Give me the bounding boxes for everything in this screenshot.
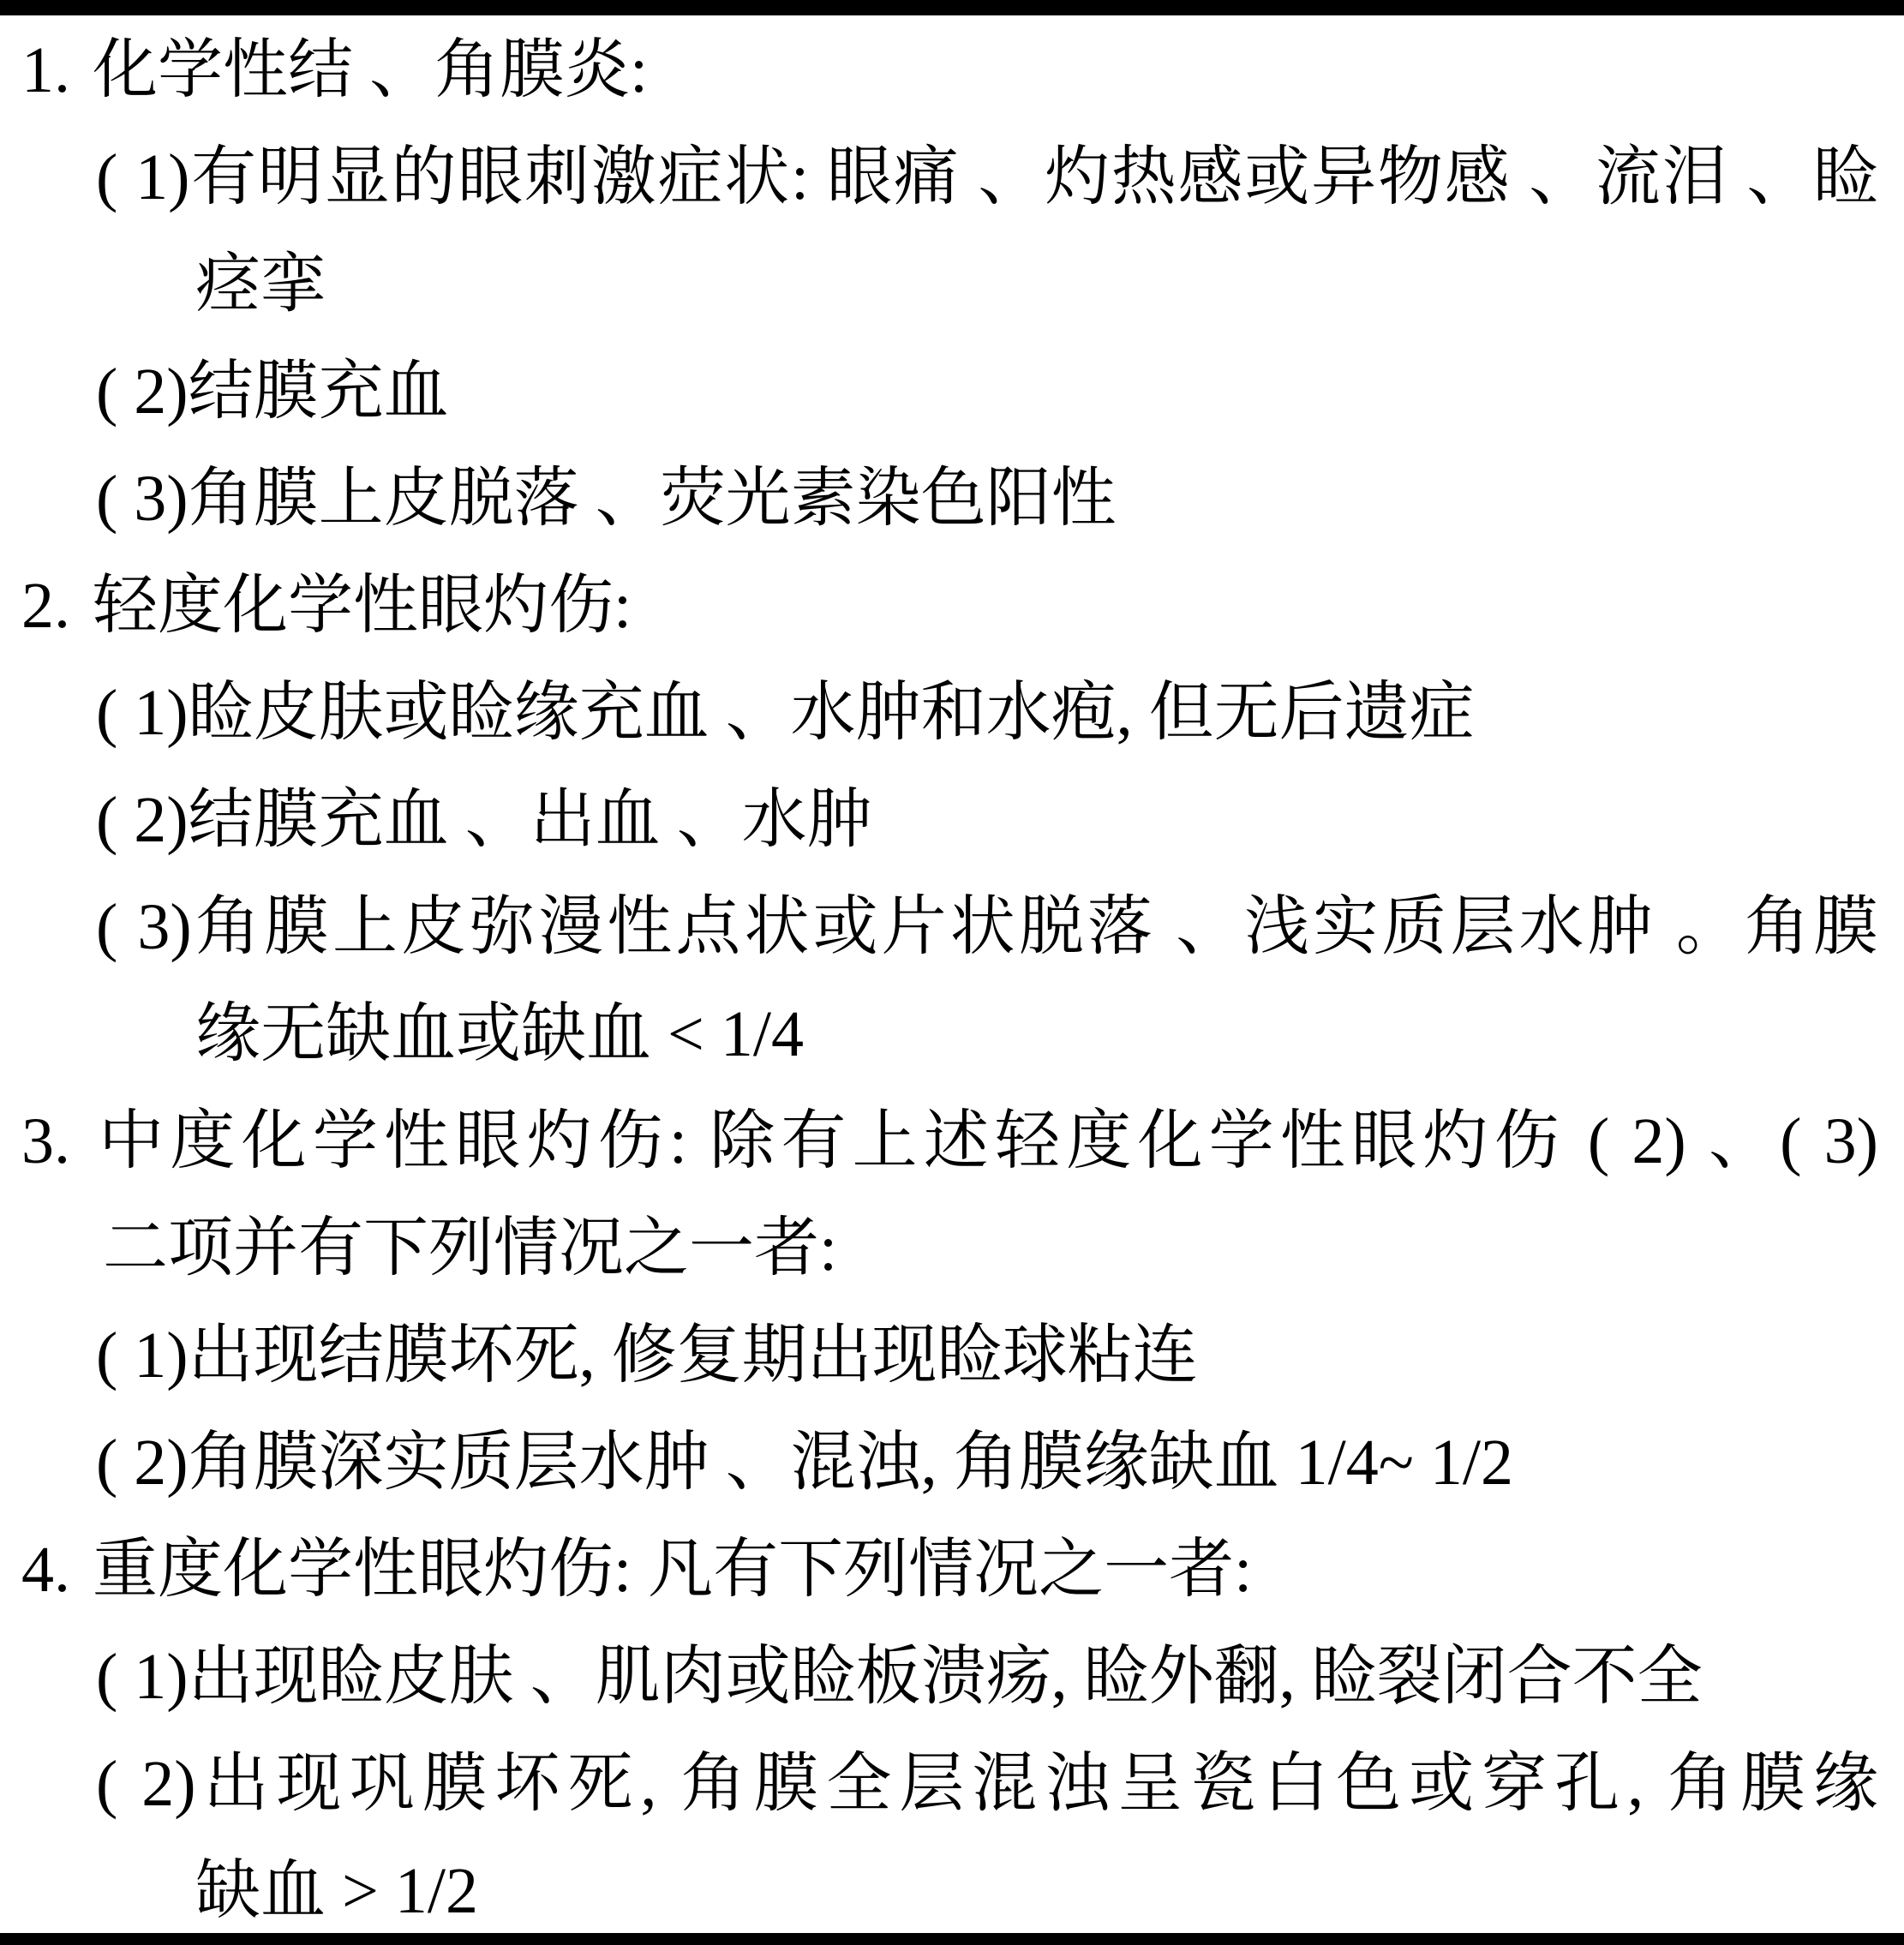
item-text: 轻度化学性眼灼伤: bbox=[93, 570, 632, 642]
list-item-4: 4.重度化学性眼灼伤: 凡有下列情况之一者: bbox=[21, 1517, 1878, 1624]
top-border-bar bbox=[0, 0, 1904, 15]
item-number: 1. bbox=[21, 17, 93, 124]
sub-item-1-3: ( 3)角膜上皮脱落 、荧光素染色阳性 bbox=[96, 446, 1878, 553]
item-text: 缘无缺血或缺血 < 1/4 bbox=[195, 998, 804, 1070]
sub-item-1-1-continuation: 痉挛 bbox=[195, 231, 1878, 338]
item-text: ( 2)结膜充血 、出血 、水肿 bbox=[96, 784, 872, 856]
item-text: ( 2)结膜充血 bbox=[96, 356, 449, 428]
item-text: ( 1)有明显的眼刺激症状: 眼痛 、灼热感或异物感 、流泪 、睑 bbox=[96, 141, 1878, 213]
item-text: ( 1)出现结膜坏死, 修复期出现睑球粘连 bbox=[96, 1320, 1198, 1391]
item-number: 3. bbox=[21, 1088, 93, 1195]
list-item-3-continuation: 二项并有下列情况之一者: bbox=[103, 1195, 1878, 1302]
item-number: 2. bbox=[21, 553, 93, 660]
list-item-2: 2.轻度化学性眼灼伤: bbox=[21, 553, 1878, 660]
sub-item-4-2-continuation: 缺血 > 1/2 bbox=[195, 1838, 1878, 1945]
item-text: ( 2)角膜深实质层水肿 、混浊, 角膜缘缺血 1/4~ 1/2 bbox=[96, 1427, 1513, 1499]
item-text: ( 3)角膜上皮弥漫性点状或片状脱落 、浅实质层水肿 。角膜 bbox=[96, 891, 1878, 963]
item-text: 重度化学性眼灼伤: 凡有下列情况之一者: bbox=[93, 1534, 1252, 1606]
item-text: ( 3)角膜上皮脱落 、荧光素染色阳性 bbox=[96, 463, 1117, 535]
sub-item-4-2: ( 2)出现巩膜坏死, 角膜全层混浊呈瓷白色或穿孔, 角膜缘 bbox=[96, 1731, 1878, 1838]
sub-item-3-2: ( 2)角膜深实质层水肿 、混浊, 角膜缘缺血 1/4~ 1/2 bbox=[96, 1409, 1878, 1517]
item-text: 缺血 > 1/2 bbox=[195, 1855, 478, 1927]
list-item-3: 3.中度化学性眼灼伤: 除有上述轻度化学性眼灼伤 ( 2) 、( 3) bbox=[21, 1088, 1878, 1195]
sub-item-3-1: ( 1)出现结膜坏死, 修复期出现睑球粘连 bbox=[96, 1302, 1878, 1409]
item-text: 二项并有下列情况之一者: bbox=[103, 1212, 837, 1284]
item-text: 痉挛 bbox=[195, 248, 326, 320]
item-text: ( 1)睑皮肤或睑缘充血 、水肿和水疱, 但无后遗症 bbox=[96, 677, 1475, 749]
sub-item-1-1: ( 1)有明显的眼刺激症状: 眼痛 、灼热感或异物感 、流泪 、睑 bbox=[96, 124, 1878, 231]
item-text: 中度化学性眼灼伤: 除有上述轻度化学性眼灼伤 ( 2) 、( 3) bbox=[93, 1105, 1878, 1177]
document-body: 1.化学性结 、角膜炎: ( 1)有明显的眼刺激症状: 眼痛 、灼热感或异物感 … bbox=[21, 15, 1878, 1945]
item-text: ( 1)出现睑皮肤 、肌肉或睑板溃疡, 睑外翻, 睑裂闭合不全 bbox=[96, 1641, 1703, 1713]
item-number: 4. bbox=[21, 1517, 93, 1624]
sub-item-2-1: ( 1)睑皮肤或睑缘充血 、水肿和水疱, 但无后遗症 bbox=[96, 660, 1878, 767]
sub-item-2-2: ( 2)结膜充血 、出血 、水肿 bbox=[96, 767, 1878, 874]
bottom-border-bar bbox=[0, 1933, 1904, 1945]
item-text: ( 2)出现巩膜坏死, 角膜全层混浊呈瓷白色或穿孔, 角膜缘 bbox=[96, 1748, 1878, 1820]
list-item-1: 1.化学性结 、角膜炎: bbox=[21, 17, 1878, 124]
sub-item-2-3-continuation: 缘无缺血或缺血 < 1/4 bbox=[195, 981, 1878, 1088]
sub-item-4-1: ( 1)出现睑皮肤 、肌肉或睑板溃疡, 睑外翻, 睑裂闭合不全 bbox=[96, 1624, 1878, 1731]
sub-item-1-2: ( 2)结膜充血 bbox=[96, 338, 1878, 446]
item-text: 化学性结 、角膜炎: bbox=[93, 34, 648, 106]
sub-item-2-3: ( 3)角膜上皮弥漫性点状或片状脱落 、浅实质层水肿 。角膜 bbox=[96, 874, 1878, 981]
